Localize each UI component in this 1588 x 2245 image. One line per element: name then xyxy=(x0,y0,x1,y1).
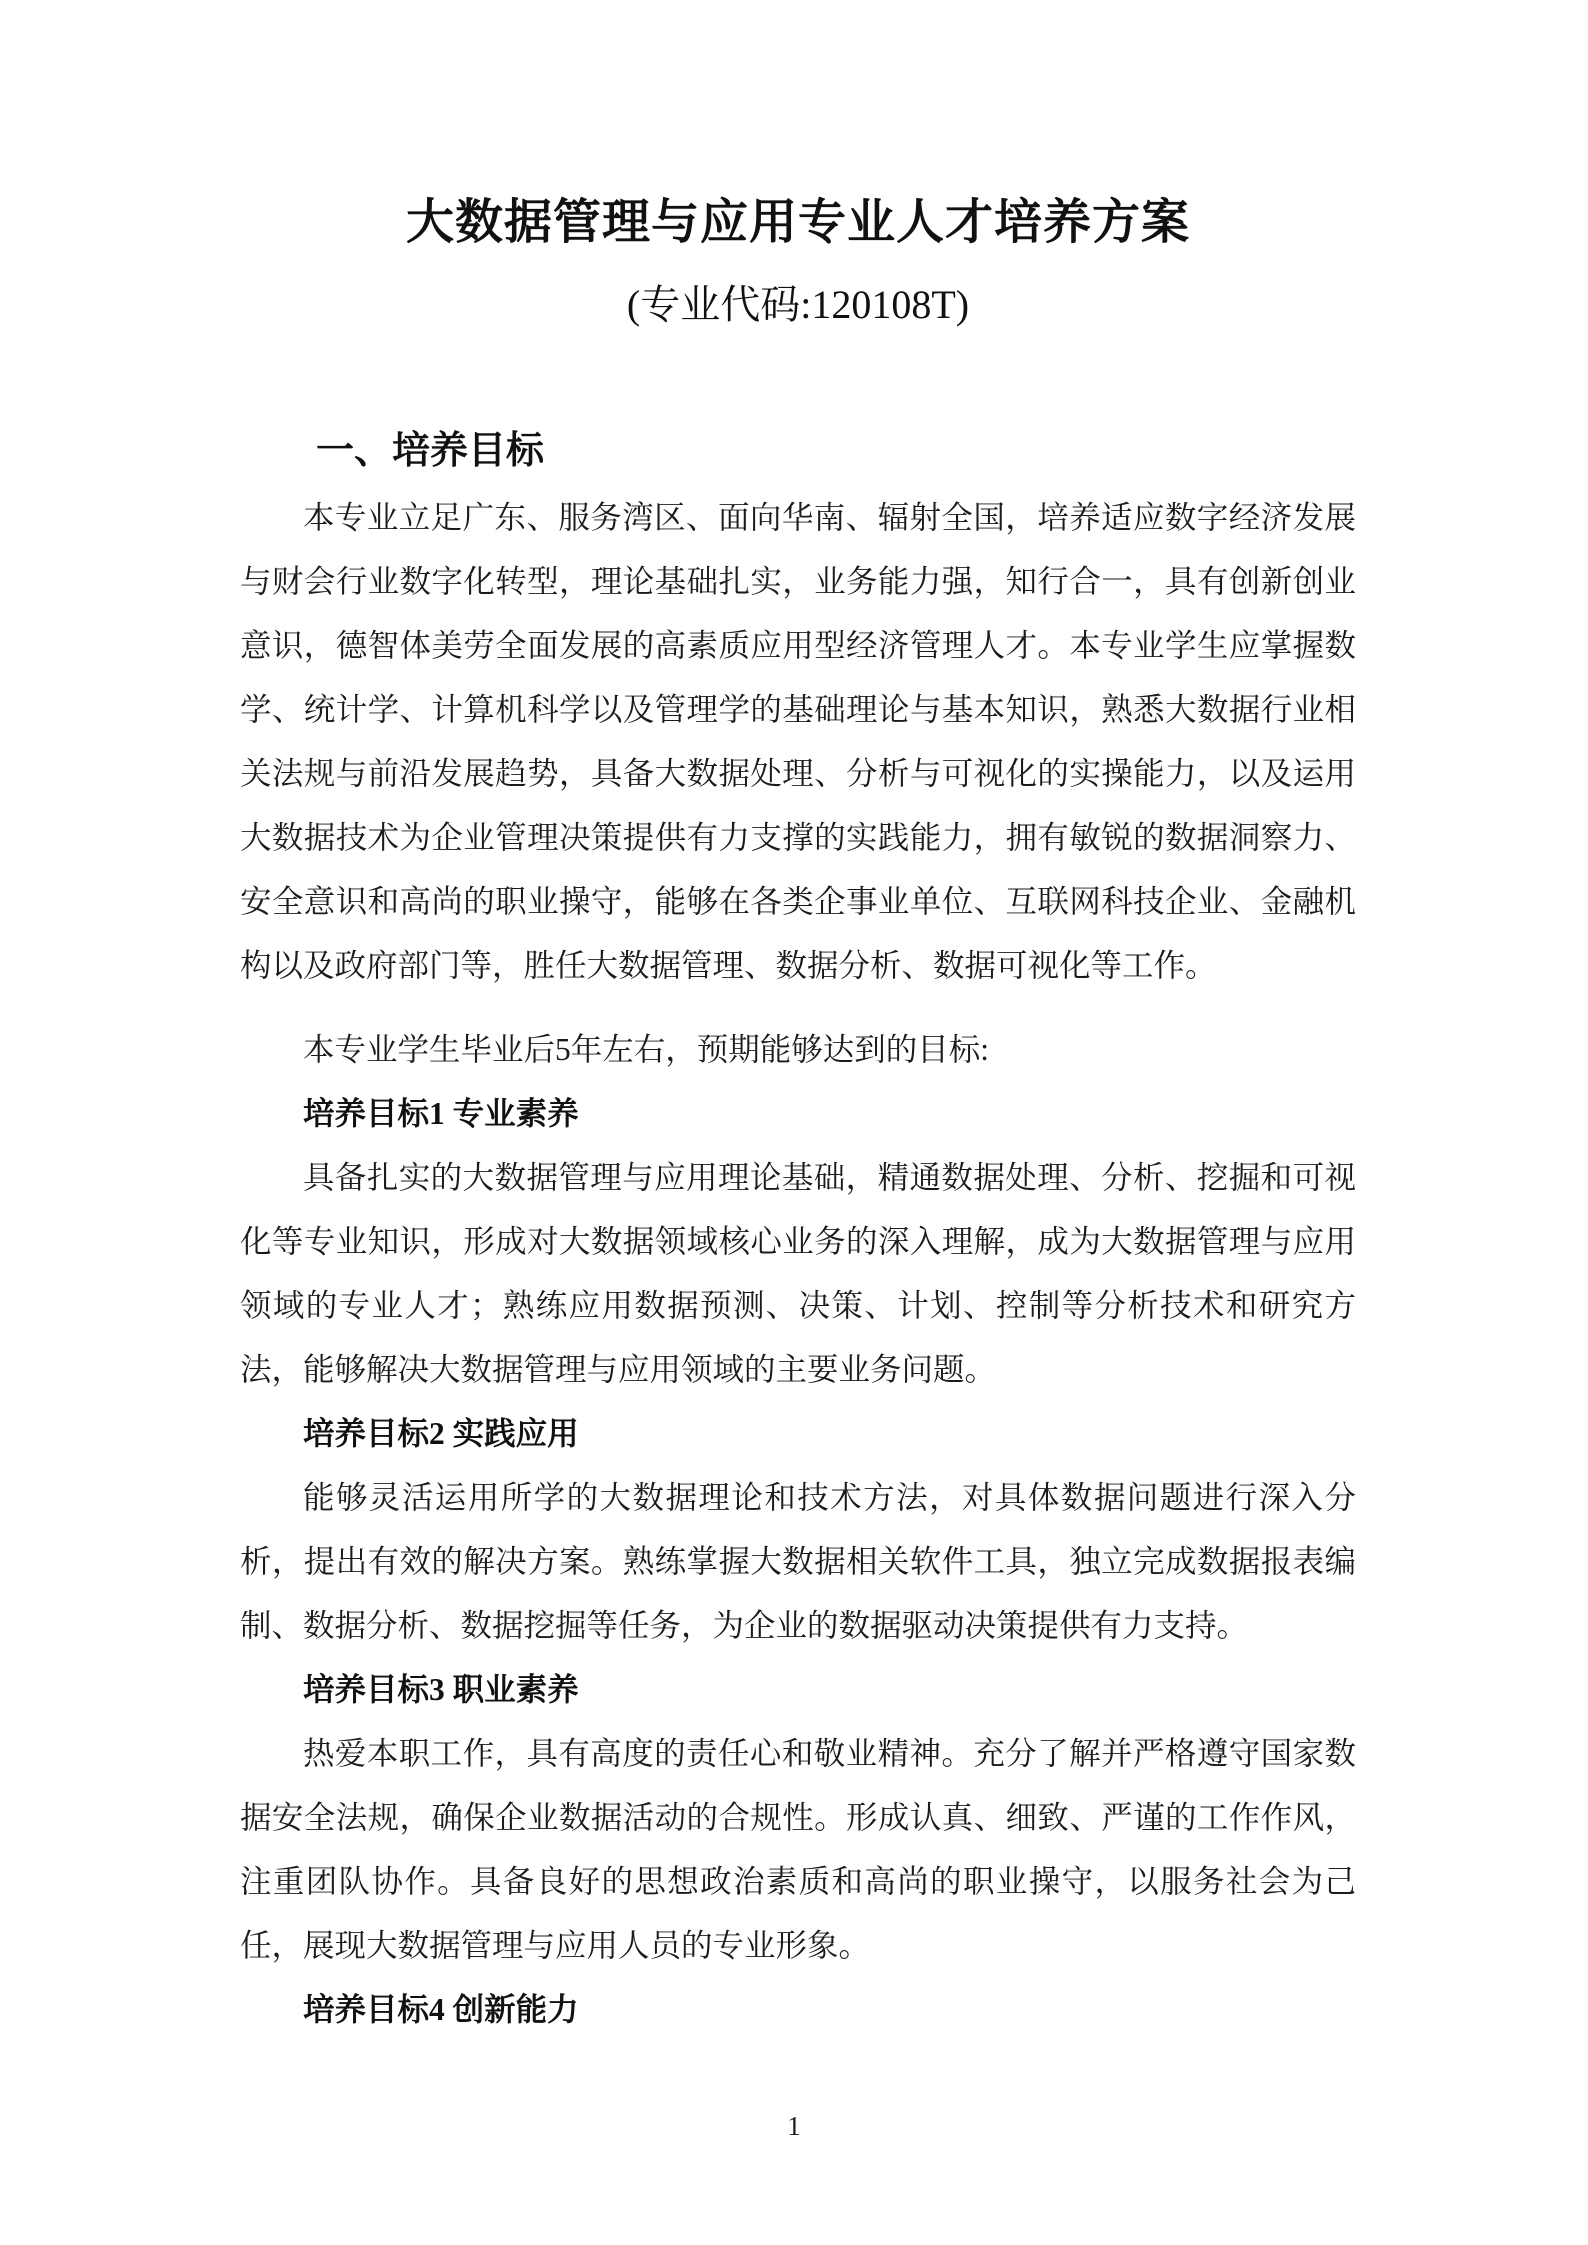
doc-title: 大数据管理与应用专业人才培养方案 xyxy=(240,195,1356,250)
goal-1-body: 具备扎实的大数据管理与应用理论基础，精通数据处理、分析、挖掘和可视化等专业知识，… xyxy=(240,1146,1356,1402)
goals-lead-paragraph: 本专业学生毕业后5年左右，预期能够达到的目标: xyxy=(240,1018,1356,1082)
doc-subtitle: (专业代码:120108T) xyxy=(240,280,1356,330)
intro-paragraph: 本专业立足广东、服务湾区、面向华南、辐射全国，培养适应数字经济发展与财会行业数字… xyxy=(240,486,1356,998)
section-heading-training-objectives: 一、培养目标 xyxy=(240,427,1356,476)
goal-1-heading: 培养目标1 专业素养 xyxy=(240,1082,1356,1146)
goal-2-body: 能够灵活运用所学的大数据理论和技术方法，对具体数据问题进行深入分析，提出有效的解… xyxy=(240,1466,1356,1658)
page-number: 1 xyxy=(0,2110,1588,2142)
goal-3-body: 热爱本职工作，具有高度的责任心和敬业精神。充分了解并严格遵守国家数据安全法规，确… xyxy=(240,1722,1356,1978)
goal-2-heading: 培养目标2 实践应用 xyxy=(240,1402,1356,1466)
document-page: 大数据管理与应用专业人才培养方案 (专业代码:120108T) 一、培养目标 本… xyxy=(0,0,1588,2245)
goal-4-heading: 培养目标4 创新能力 xyxy=(240,1978,1356,2042)
goal-3-heading: 培养目标3 职业素养 xyxy=(240,1658,1356,1722)
